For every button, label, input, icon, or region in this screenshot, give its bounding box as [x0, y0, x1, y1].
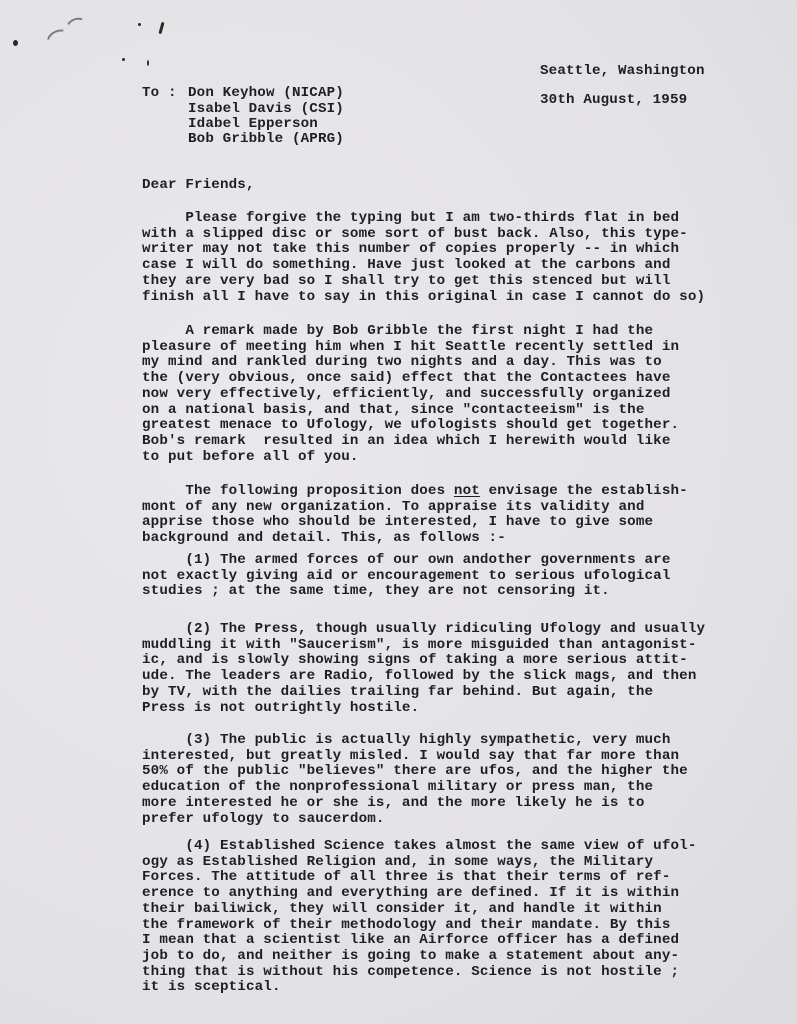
body-line: background and detail. This, as follows …: [142, 530, 506, 547]
body-line: Forces. The attitude of all three is tha…: [142, 869, 671, 886]
body-line: thing that is without his competence. Sc…: [142, 964, 679, 981]
body-line: (1) The armed forces of our own andother…: [142, 552, 671, 569]
ink-speck: [122, 58, 125, 61]
body-line: with a slipped disc or some sort of bust…: [142, 226, 688, 243]
underlined-word: not: [454, 483, 480, 499]
body-line: apprise those who should be interested, …: [142, 514, 653, 531]
recipient: Bob Gribble (APRG): [188, 131, 344, 148]
body-line: by TV, with the dailies trailing far beh…: [142, 684, 653, 701]
body-line: now very effectively, efficiently, and s…: [142, 386, 671, 403]
ink-speck: [13, 40, 18, 46]
body-line: A remark made by Bob Gribble the first n…: [142, 323, 653, 340]
body-line: more interested he or she is, and the mo…: [142, 795, 645, 812]
letter-date: 30th August, 1959: [540, 92, 687, 109]
body-line: writer may not take this number of copie…: [142, 241, 679, 258]
body-line: finish all I have to say in this origina…: [142, 289, 705, 306]
body-line: 50% of the public "believes" there are u…: [142, 763, 688, 780]
body-line: ogy as Established Religion and, in some…: [142, 854, 653, 871]
body-line: muddling it with "Saucerism", is more mi…: [142, 637, 697, 654]
body-line: Press is not outrightly hostile.: [142, 700, 419, 717]
body-line: (4) Established Science takes almost the…: [142, 838, 697, 855]
body-line: their bailiwick, they will consider it, …: [142, 901, 662, 918]
body-line: it is sceptical.: [142, 979, 281, 996]
body-line: they are very bad so I shall try to get …: [142, 273, 671, 290]
body-line: not exactly giving aid or encouragement …: [142, 568, 671, 585]
to-label: To :: [142, 85, 177, 102]
body-line: the framework of their methodology and t…: [142, 917, 671, 934]
body-line: mont of any new organization. To apprais…: [142, 499, 645, 516]
body-line: the (very obvious, once said) effect tha…: [142, 370, 671, 387]
ink-speck: [138, 23, 141, 26]
body-line: on a national basis, and that, since "co…: [142, 402, 645, 419]
body-line: Bob's remark resulted in an idea which I…: [142, 433, 671, 450]
body-line: studies ; at the same time, they are not…: [142, 583, 610, 600]
body-line-tail: envisage the establish-: [480, 483, 688, 499]
body-line: my mind and rankled during two nights an…: [142, 354, 662, 371]
recipient: Don Keyhow (NICAP): [188, 85, 344, 102]
body-line: to put before all of you.: [142, 449, 359, 466]
body-line: I mean that a scientist like an Airforce…: [142, 932, 679, 949]
body-line: ic, and is slowly showing signs of takin…: [142, 652, 688, 669]
body-line: Please forgive the typing but I am two-t…: [142, 210, 679, 227]
body-line: job to do, and neither is going to make …: [142, 948, 679, 965]
ink-speck: [158, 22, 164, 34]
letter-place: Seattle, Washington: [540, 63, 705, 80]
body-line: greatest menace to Ufology, we ufologist…: [142, 417, 679, 434]
body-line: erence to anything and everything are de…: [142, 885, 679, 902]
body-line: pleasure of meeting him when I hit Seatt…: [142, 339, 679, 356]
body-line: case I will do something. Have just look…: [142, 257, 671, 274]
body-line: ude. The leaders are Radio, followed by …: [142, 668, 697, 685]
body-line: (3) The public is actually highly sympat…: [142, 732, 671, 749]
letter-page: Seattle, Washington 30th August, 1959 To…: [0, 0, 797, 1024]
body-line: (2) The Press, though usually ridiculing…: [142, 621, 705, 638]
body-line: interested, but greatly misled. I would …: [142, 748, 679, 765]
ink-speck: [147, 60, 149, 66]
body-line: The following proposition does not envis…: [142, 483, 688, 500]
body-line: education of the nonprofessional militar…: [142, 779, 653, 796]
salutation: Dear Friends,: [142, 177, 255, 194]
body-line: prefer ufology to saucerdom.: [142, 811, 385, 828]
